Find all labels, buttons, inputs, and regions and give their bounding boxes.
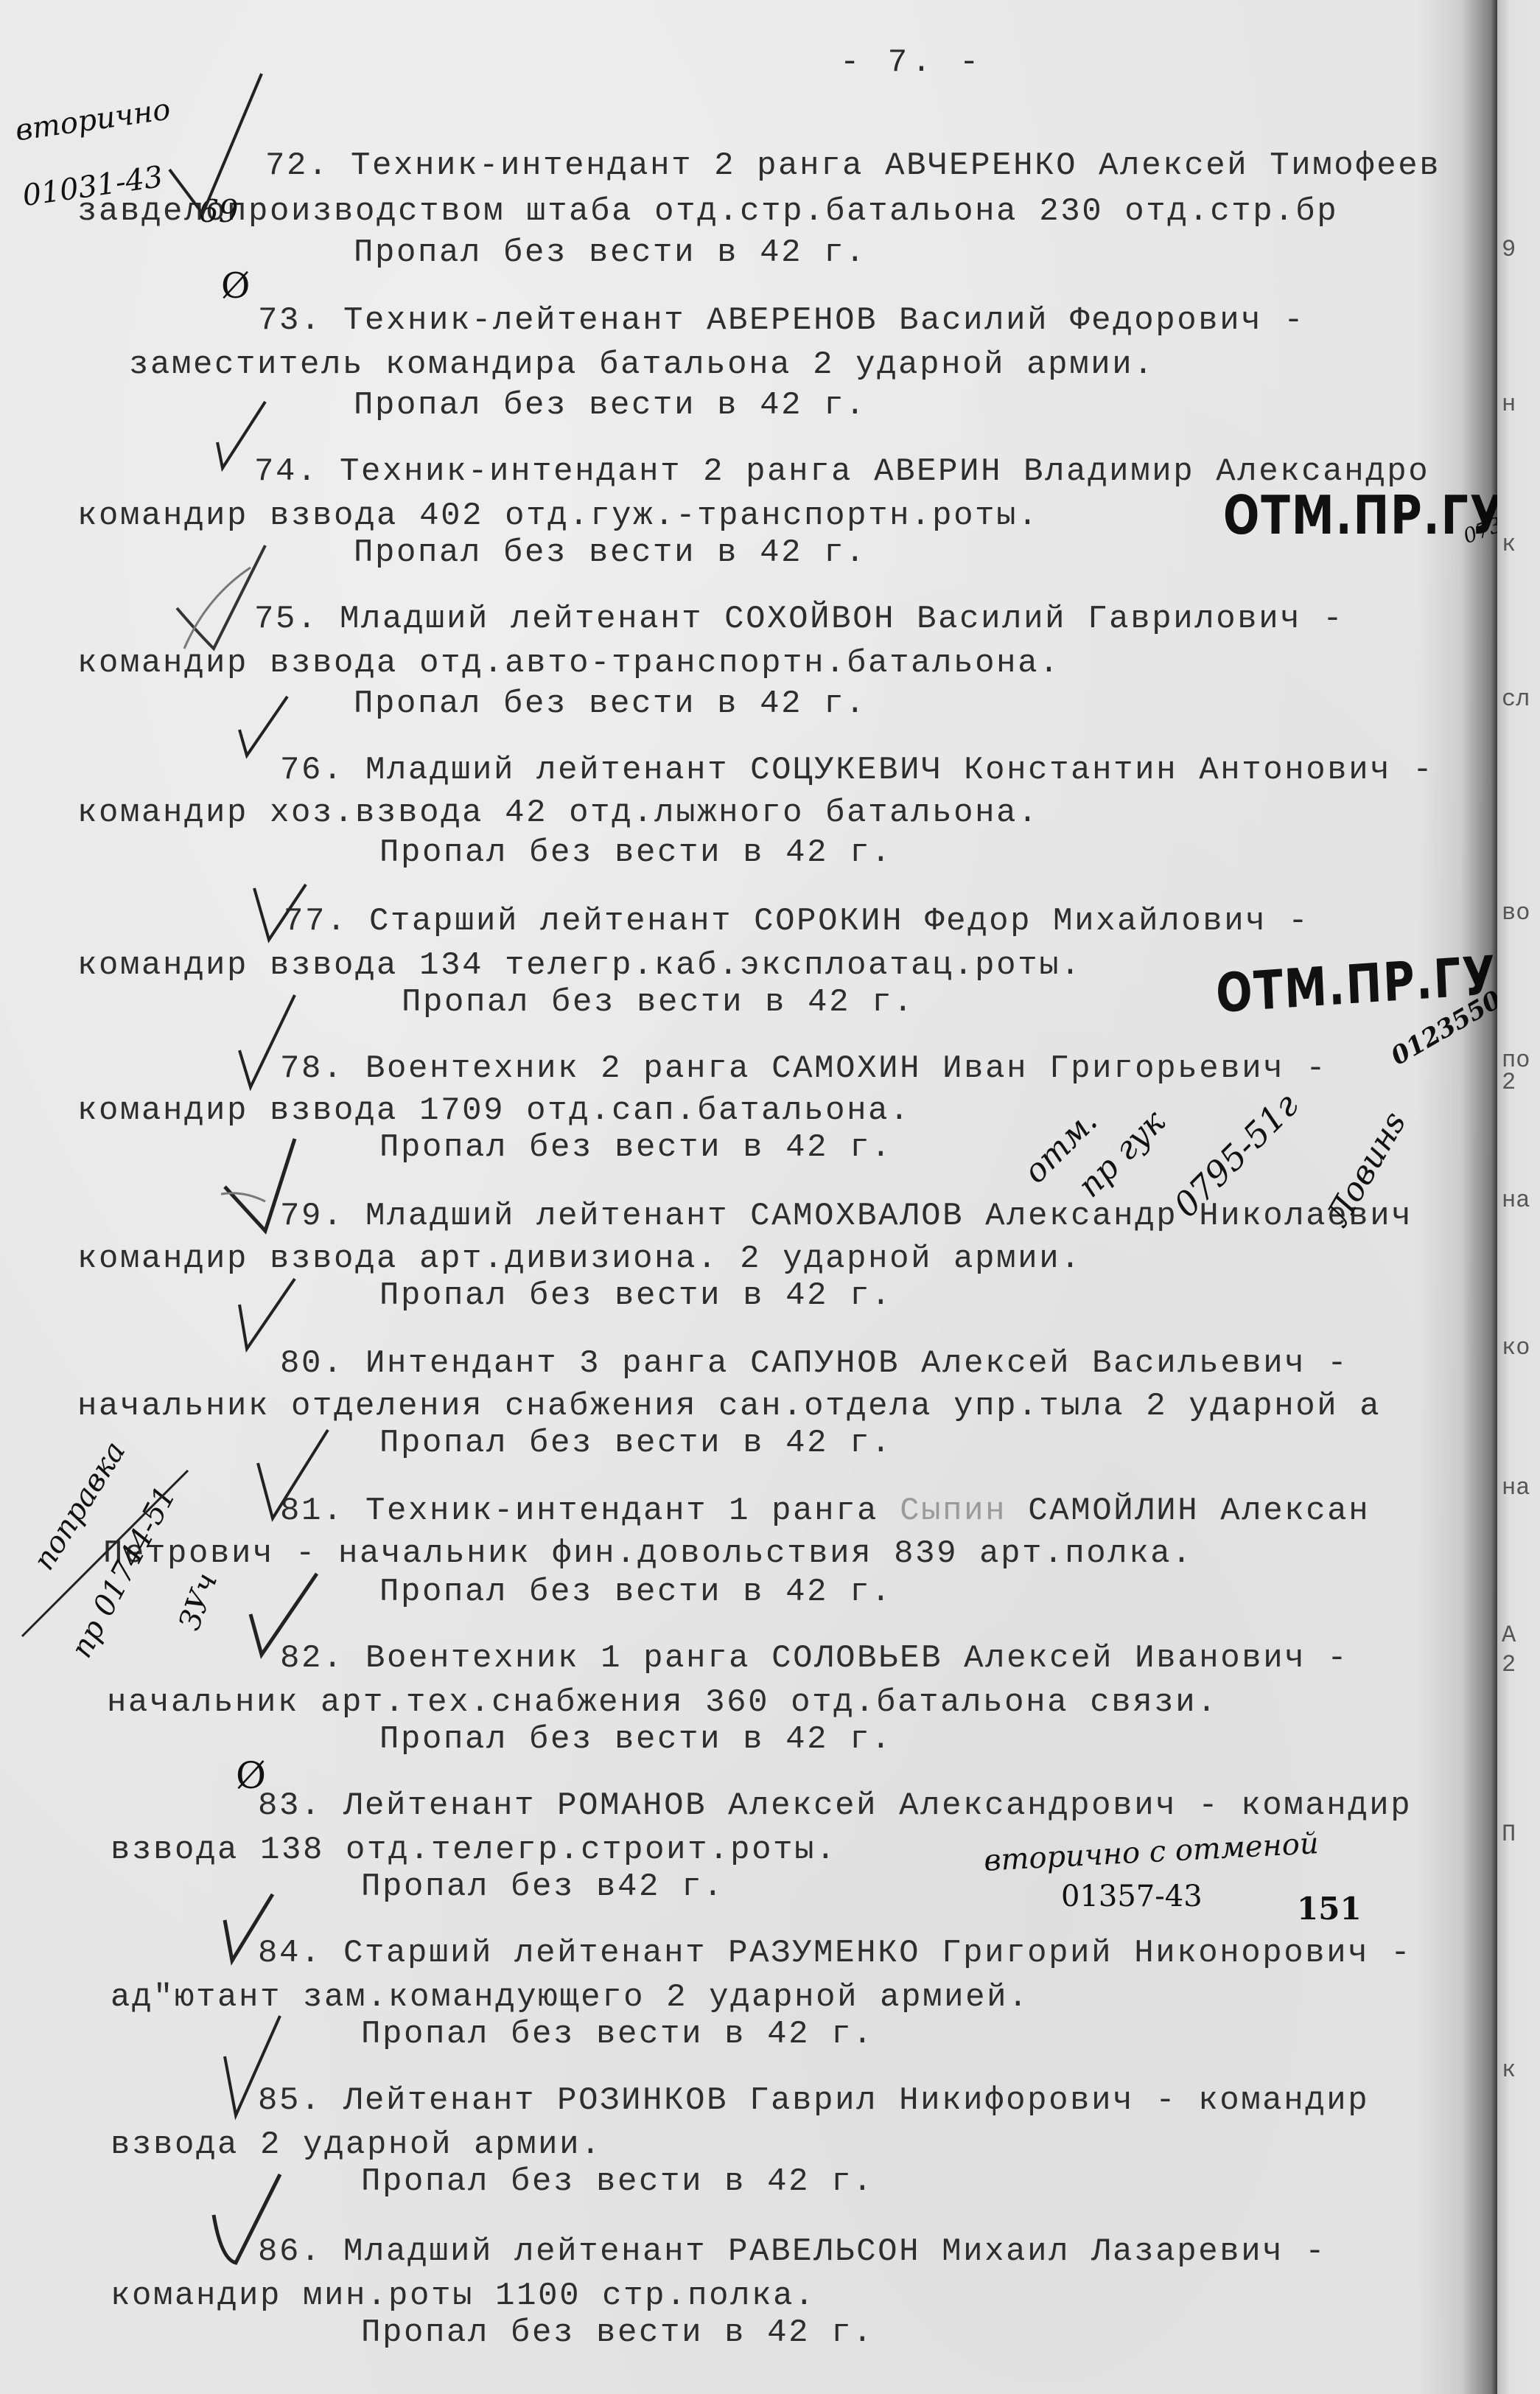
entry-line-2: ад"ютант зам.командующего 2 ударной арми… (111, 1979, 1029, 2016)
entry-line-1: 81. Техник-интендант 1 ранга Сыпин САМОЙ… (280, 1493, 1370, 1529)
check-mark-icon (221, 1891, 280, 1968)
entry-missing-status: Пропал без вести в 42 г. (354, 685, 867, 722)
fragment: 9 (1502, 236, 1516, 263)
mark-entry73: Ø (221, 265, 250, 307)
fragment: ко (1502, 1334, 1530, 1361)
entry-missing-status: Пропал без вести в 42 г. (379, 1574, 892, 1610)
entry-line-2: взвода 2 ударной армии. (111, 2126, 602, 2163)
check-mark-icon (236, 693, 295, 763)
entry-line-1: 83. Лейтенант РОМАНОВ Алексей Александро… (258, 1787, 1412, 1824)
fragment: А (1502, 1622, 1516, 1649)
margin-line (15, 1467, 192, 1647)
handwritten-number-entry83: 01357-43 (1061, 1880, 1203, 1913)
entry-line-1: 80. Интендант 3 ранга САПУНОВ Алексей Ва… (280, 1345, 1348, 1382)
entry-missing-status: Пропал без вести в 42 г. (379, 834, 892, 871)
document-page: - 7. - 72. Техник-интендант 2 ранга АВЧЕ… (0, 0, 1497, 2394)
entry-line-1: 77. Старший лейтенант СОРОКИН Федор Миха… (284, 903, 1309, 940)
entry-missing-status: Пропал без вести в 42 г. (402, 984, 914, 1021)
fragment: сл (1502, 685, 1530, 713)
check-mark-icon (169, 538, 280, 660)
entry-line-1: 86. Младший лейтенант РАВЕЛЬСОН Михаил Л… (258, 2233, 1326, 2270)
entry-line-1: 73. Техник-лейтенант АВЕРЕНОВ Василий Фе… (258, 302, 1305, 339)
fragment: к (1502, 531, 1516, 558)
fragment: на (1502, 1187, 1530, 1214)
entry-missing-status: Пропал без вести в 42 г. (354, 534, 867, 571)
check-mark-icon (251, 1426, 332, 1526)
check-mark-icon (221, 2012, 287, 2126)
handwritten-note-entry72: вторично (13, 92, 172, 147)
entry-missing-status: Пропал без вести в 42 г. (354, 387, 867, 424)
check-mark-icon (206, 2171, 287, 2270)
check-mark-icon (243, 1570, 324, 1662)
fragment: к (1502, 2056, 1516, 2084)
fragment: 2 (1502, 1651, 1516, 1678)
entry-line-1: 79. Младший лейтенант САМОХВАЛОВ Алексан… (280, 1198, 1413, 1235)
entry-missing-status: Пропал без вести в 42 г. (361, 2016, 874, 2053)
entry-line-2: командир взвода 1709 отд.сап.батальона. (77, 1092, 911, 1129)
entry-line-2: Петрович - начальник фин.довольствия 839… (103, 1535, 1193, 1572)
entry-line-2: командир хоз.взвода 42 отд.лыжного батал… (77, 795, 1039, 831)
struck-word: Сыпин (900, 1493, 1007, 1529)
entry-missing-status: Пропал без вести в 42 г. (361, 2314, 874, 2351)
stamp-entry74: ОТМ.ПР.ГУК (1223, 484, 1540, 547)
entry-line-1: 84. Старший лейтенант РАЗУМЕНКО Григорий… (258, 1935, 1412, 1972)
entry-line-2: взвода 138 отд.телегр.строит.роты. (111, 1832, 837, 1868)
entry-line-1: 78. Воентехник 2 ранга САМОХИН Иван Григ… (280, 1050, 1327, 1087)
entry-line-1: 75. Младший лейтенант СОХОЙВОН Василий Г… (254, 601, 1344, 638)
entry-line-2: командир взвода 134 телегр.каб.эксплоата… (77, 947, 1082, 984)
entry-missing-status: Пропал без вести в 42 г. (354, 234, 867, 271)
entry-missing-status: Пропал без вести в 42 г. (379, 1721, 892, 1758)
adjacent-page-edge: 9 н к сл во по 2 на ко на А 2 П к (1497, 0, 1540, 2394)
entry-missing-status: Пропал без в42 г. (361, 1868, 724, 1905)
entry-line-1: 85. Лейтенант РОЗИНКОВ Гаврил Никифорови… (258, 2082, 1369, 2119)
entry-line-1: 82. Воентехник 1 ранга СОЛОВЬЕВ Алексей … (280, 1640, 1348, 1677)
entry-missing-status: Пропал без вести в 42 г. (379, 1425, 892, 1462)
entry-line-2: командир взвода 402 отд.гуж.-транспортн.… (77, 498, 1039, 534)
entry-missing-status: Пропал без вести в 42 г. (361, 2163, 874, 2200)
handwritten-note-entry83: вторично с отменой (983, 1826, 1320, 1878)
check-mark-icon (162, 74, 265, 225)
fragment: н (1502, 391, 1516, 418)
check-mark-icon (236, 991, 302, 1098)
entry-line-1: 72. Техник-интендант 2 ранга АВЧЕРЕНКО А… (265, 147, 1441, 184)
check-mark-icon (221, 1135, 302, 1242)
entry-line-2: начальник арт.тех.снабжения 360 отд.бата… (107, 1684, 1218, 1721)
entry-line-1: 76. Младший лейтенант СОЦУКЕВИЧ Констант… (280, 752, 1434, 789)
entry-line-2: командир взвода арт.дивизиона. 2 ударной… (77, 1240, 1082, 1277)
entry-line-2: завделопроизводством штаба отд.стр.батал… (77, 193, 1338, 230)
check-mark-icon (251, 881, 309, 951)
entry-missing-status: Пропал без вести в 42 г. (379, 1277, 892, 1314)
entry-line-2: командир мин.роты 1100 стр.полка. (111, 2278, 816, 2314)
entry-missing-status: Пропал без вести в 42 г. (379, 1129, 892, 1166)
stamp-entry77: ОТМ.ПР.ГУК (1215, 941, 1535, 1025)
check-mark-icon (214, 398, 273, 475)
entry-line-2: заместитель командира батальона 2 ударно… (129, 346, 1155, 383)
fragment: 2 (1502, 1069, 1516, 1096)
page-number: - 7. - (840, 44, 983, 81)
entry-line-2: начальник отделения снабжения сан.отдела… (77, 1388, 1381, 1425)
handwritten-suffix-entry83: 151 (1297, 1891, 1362, 1927)
fragment: во (1502, 899, 1530, 926)
fragment: П (1502, 1821, 1516, 1848)
mark-entry83: Ø (236, 1754, 266, 1797)
check-mark-icon (236, 1275, 302, 1360)
fragment: на (1502, 1474, 1530, 1501)
